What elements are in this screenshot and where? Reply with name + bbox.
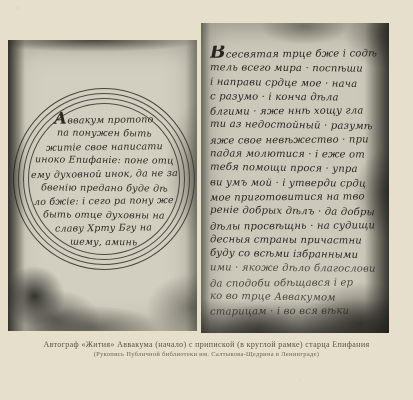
manuscript-photo-left-page: Аввакум протопо па понужен быть житіе св… (8, 40, 197, 331)
manuscript-line: старицам · і во вся вѣки (210, 305, 377, 321)
manuscript-line: тель всего мира · поспѣши (210, 62, 377, 78)
epifaniy-inscription: Аввакум протопо па понужен быть житіе св… (28, 103, 180, 255)
manuscript-line: Всесвятая трце бже і содѣ (210, 44, 377, 63)
manuscript-photo-right-page: Всесвятая трце бже і содѣ тель всего мир… (201, 23, 389, 333)
manuscript-line: тебя помощи прося · упра (210, 161, 377, 178)
inscription-line: шему, аминь (70, 236, 137, 250)
inscription-line: Аввакум протопо (54, 110, 154, 128)
inscription-line: ему духовной инок, да не за (30, 167, 177, 183)
manuscript-line: ими · якоже дѣло благослови (210, 262, 377, 278)
round-inscription-frame: Аввакум протопо па понужен быть житіе св… (13, 88, 195, 270)
book-page: { "colors": { "paper": "#e5dfcc", "photo… (0, 0, 413, 400)
manuscript-line: ви умъ мой · і утверди срдц (210, 176, 377, 192)
inscription-line: ло бжіе: і сего ра пону же (34, 194, 174, 210)
caption-line-1: Автограф «Жития» Аввакума (начало) с при… (0, 339, 413, 350)
plate-caption: Автограф «Жития» Аввакума (начало) с при… (0, 339, 413, 359)
avvakum-life-text: Всесвятая трце бже і содѣ тель всего мир… (201, 23, 389, 333)
manuscript-line: дѣлы просвѣщнь · на судищи (210, 219, 377, 235)
inscription-line: па понужен быть (57, 127, 152, 142)
inscription-line: славу Хрту Бгу на (55, 222, 152, 237)
manuscript-line: реніе добрых дѣлъ · да добры (210, 204, 377, 221)
caption-line-2: (Рукопись Публичной библиотеки им. Салты… (0, 350, 413, 359)
manuscript-line: яже свое невѣжество · при (210, 133, 377, 149)
